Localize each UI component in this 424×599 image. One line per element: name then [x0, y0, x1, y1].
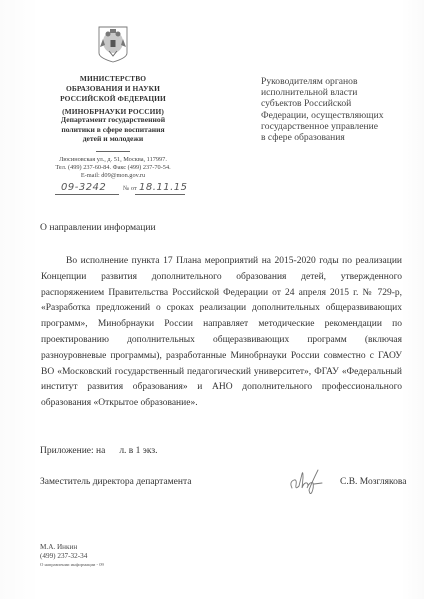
department-line: Департамент государственной: [40, 115, 186, 125]
ministry-line: ОБРАЗОВАНИЯ И НАУКИ: [40, 84, 186, 94]
address: Люсиновская ул., д. 51, Москва, 117997.: [40, 156, 186, 164]
addressee-line: в сфере образования: [261, 132, 421, 143]
ministry-name: МИНИСТЕРСТВО ОБРАЗОВАНИЯ И НАУКИ РОССИЙС…: [40, 74, 186, 117]
signer-name: С.В. Мозглякова: [340, 477, 407, 487]
contact-info: Люсиновская ул., д. 51, Москва, 117997. …: [40, 156, 186, 181]
executor-name: М.А. Инкин: [40, 543, 87, 552]
registration-date: 18.11.15: [139, 182, 188, 193]
addressee-block: Руководителям органов исполнительной вла…: [261, 76, 421, 143]
addressee-line: Руководителям органов: [261, 76, 421, 87]
letterhead-divider: [96, 151, 130, 152]
letter-body: Во исполнение пункта 17 Плана мероприяти…: [41, 254, 402, 412]
letter-subject: О направлении информации: [40, 222, 156, 233]
coat-of-arms-emblem-icon: [97, 25, 129, 63]
addressee-line: Федерации, осуществляющих: [261, 110, 421, 121]
attachment-line: Приложение: нал. в 1 экз.: [40, 446, 157, 456]
department-line: детей и молодежи: [40, 134, 186, 144]
addressee-line: государственное управление: [261, 121, 421, 132]
body-paragraph: Во исполнение пункта 17 Плана мероприяти…: [41, 254, 402, 412]
attachment-suffix: л. в 1 экз.: [119, 446, 157, 456]
number-underline: [55, 194, 119, 195]
document-footnote: О направлении информации - 09: [40, 562, 104, 567]
addressee-line: субъектов Российской: [261, 98, 421, 109]
ministry-line: РОССИЙСКОЙ ФЕДЕРАЦИИ: [40, 94, 186, 104]
department-line: политики в сфере воспитания: [40, 125, 186, 135]
attachment-prefix: Приложение: на: [40, 446, 105, 456]
executor-info: М.А. Инкин (499) 237-32-34: [40, 543, 87, 561]
addressee-line: исполнительной власти: [261, 87, 421, 98]
phone-fax: Тел. (499) 237-60-84. Факс (499) 237-70-…: [40, 164, 186, 172]
ministry-line: МИНИСТЕРСТВО: [40, 74, 186, 84]
number-date-label: № от: [123, 185, 137, 192]
email: E-mail: d09@mon.gov.ru: [40, 172, 186, 180]
registration-line: 09-3242 № от 18.11.15: [55, 182, 185, 196]
handwritten-signature-icon: [288, 466, 332, 496]
registration-number: 09-3242: [61, 182, 106, 193]
executor-phone: (499) 237-32-34: [40, 552, 87, 561]
signer-title: Заместитель директора департамента: [40, 477, 191, 487]
date-underline: [135, 194, 185, 195]
department-name: Департамент государственной политики в с…: [40, 115, 186, 144]
